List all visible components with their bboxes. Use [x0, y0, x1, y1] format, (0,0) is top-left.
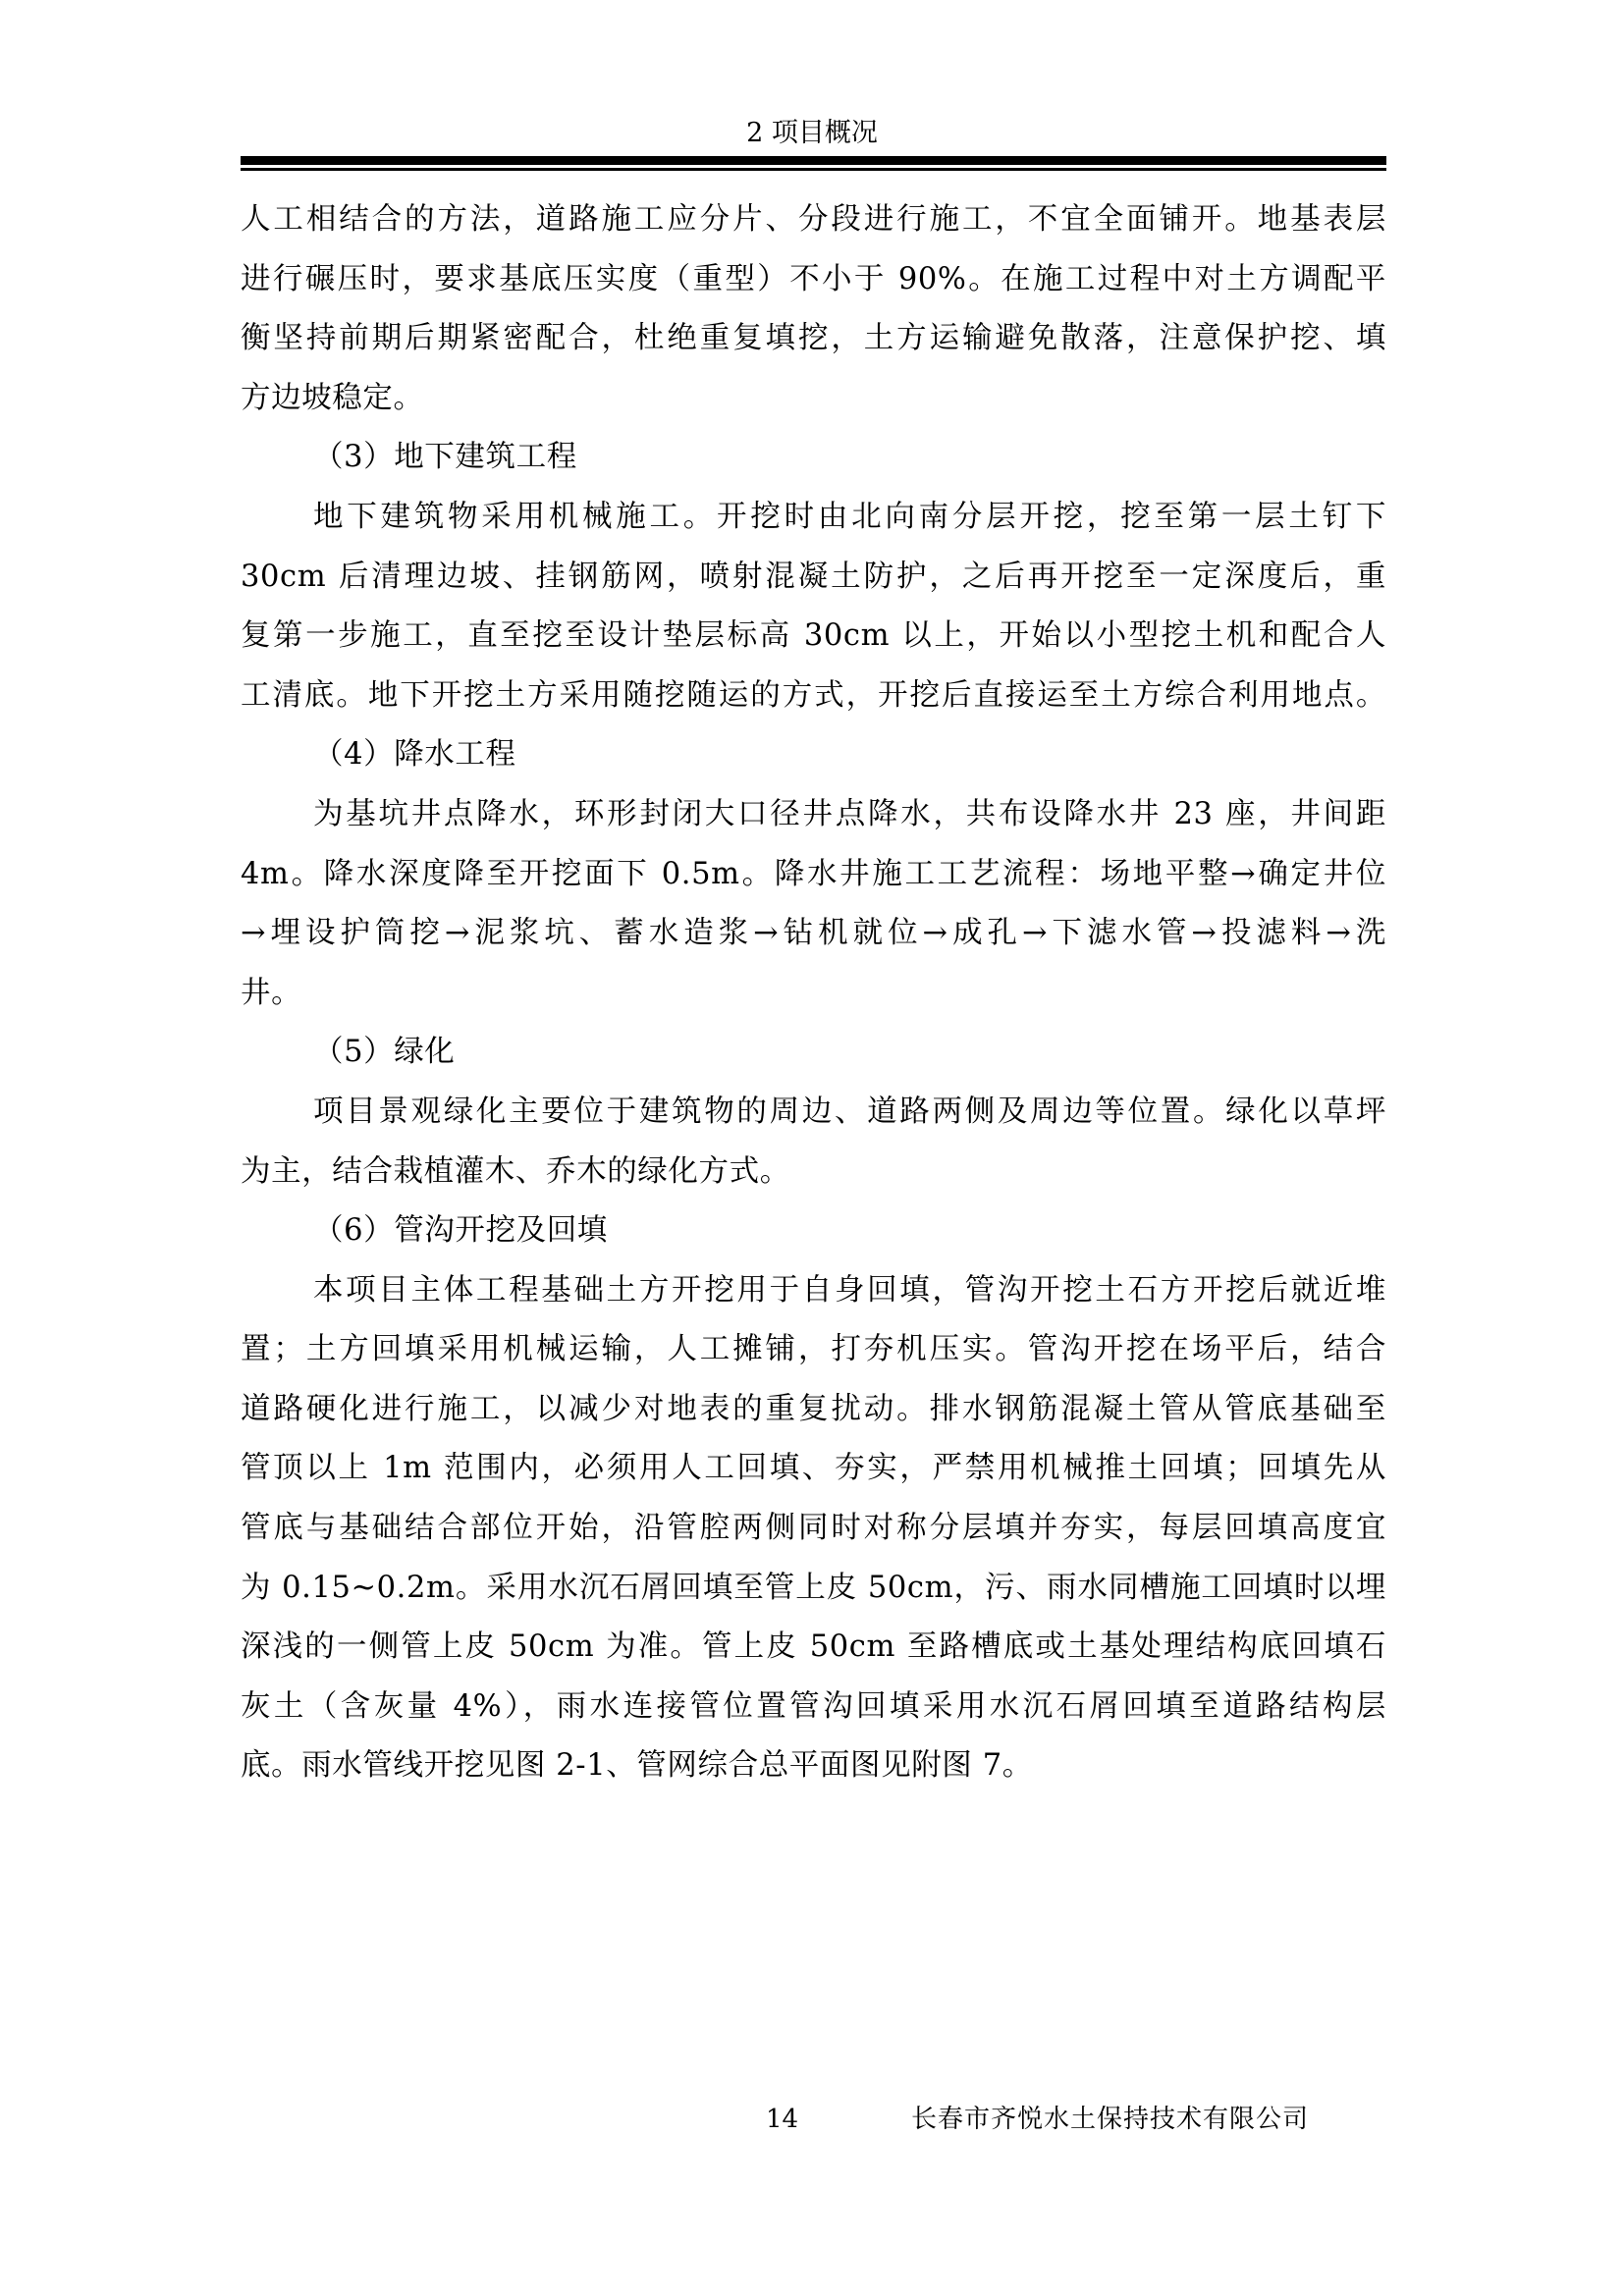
body-text: 人工相结合的方法，道路施工应分片、分段进行施工，不宜全面铺开。地基表层 进行碾压…	[241, 190, 1386, 1796]
text-line: 灰土（含灰量 4%），雨水连接管位置管沟回填采用水沉石屑回填至道路结构层	[241, 1678, 1386, 1737]
running-header-title: 2 项目概况	[0, 116, 1624, 151]
text-line: 进行碾压时，要求基底压实度（重型）不小于 90%。在施工过程中对土方调配平	[241, 250, 1386, 310]
text-line: 30cm 后清理边坡、挂钢筋网，喷射混凝土防护，之后再开挖至一定深度后，重	[241, 548, 1386, 608]
text-line: 地下建筑物采用机械施工。开挖时由北向南分层开挖，挖至第一层土钉下	[241, 488, 1386, 548]
text-line: 复第一步施工，直至挖至设计垫层标高 30cm 以上，开始以小型挖土机和配合人	[241, 607, 1386, 667]
text-line: 项目景观绿化主要位于建筑物的周边、道路两侧及周边等位置。绿化以草坪	[241, 1083, 1386, 1143]
text-line: 为 0.15~0.2m。采用水沉石屑回填至管上皮 50cm，污、雨水同槽施工回填…	[241, 1559, 1386, 1619]
text-line: 管顶以上 1m 范围内，必须用人工回填、夯实，严禁用机械推土回填；回填先从	[241, 1439, 1386, 1499]
text-line: 人工相结合的方法，道路施工应分片、分段进行施工，不宜全面铺开。地基表层	[241, 190, 1386, 250]
text-line: 为主，结合栽植灌木、乔木的绿化方式。	[241, 1143, 1386, 1202]
footer-company-name: 长春市齐悦水土保持技术有限公司	[911, 2103, 1309, 2136]
text-line: 工清底。地下开挖土方采用随挖随运的方式，开挖后直接运至土方综合利用地点。	[241, 667, 1386, 726]
text-line: 深浅的一侧管上皮 50cm 为准。管上皮 50cm 至路槽底或土基处理结构底回填…	[241, 1618, 1386, 1678]
text-line: 置；土方回填采用机械运输，人工摊铺，打夯机压实。管沟开挖在场平后，结合	[241, 1320, 1386, 1380]
text-line: 井。	[241, 964, 1386, 1024]
text-line: 道路硬化进行施工，以减少对地表的重复扰动。排水钢筋混凝土管从管底基础至	[241, 1380, 1386, 1440]
text-line: 方边坡稳定。	[241, 369, 1386, 429]
header-rule-thin	[241, 168, 1386, 171]
section-heading-trench: （6）管沟开挖及回填	[241, 1201, 1386, 1261]
text-line: 底。雨水管线开挖见图 2-1、管网综合总平面图见附图 7。	[241, 1736, 1386, 1796]
text-line: →埋设护筒挖→泥浆坑、蓄水造浆→钻机就位→成孔→下滤水管→投滤料→洗	[241, 904, 1386, 964]
section-heading-underground: （3）地下建筑工程	[241, 428, 1386, 488]
text-line: 管底与基础结合部位开始，沿管腔两侧同时对称分层填并夯实，每层回填高度宜	[241, 1499, 1386, 1559]
text-line: 本项目主体工程基础土方开挖用于自身回填，管沟开挖土石方开挖后就近堆	[241, 1261, 1386, 1321]
section-heading-greening: （5）绿化	[241, 1023, 1386, 1083]
page-number: 14	[766, 2103, 864, 2136]
header-rule-thick	[241, 156, 1386, 165]
text-line: 衡坚持前期后期紧密配合，杜绝重复填挖，土方运输避免散落，注意保护挖、填	[241, 309, 1386, 369]
section-heading-dewatering: （4）降水工程	[241, 725, 1386, 785]
text-line: 为基坑井点降水，环形封闭大口径井点降水，共布设降水井 23 座，井间距	[241, 785, 1386, 845]
text-line: 4m。降水深度降至开挖面下 0.5m。降水井施工工艺流程：场地平整→确定井位	[241, 845, 1386, 905]
